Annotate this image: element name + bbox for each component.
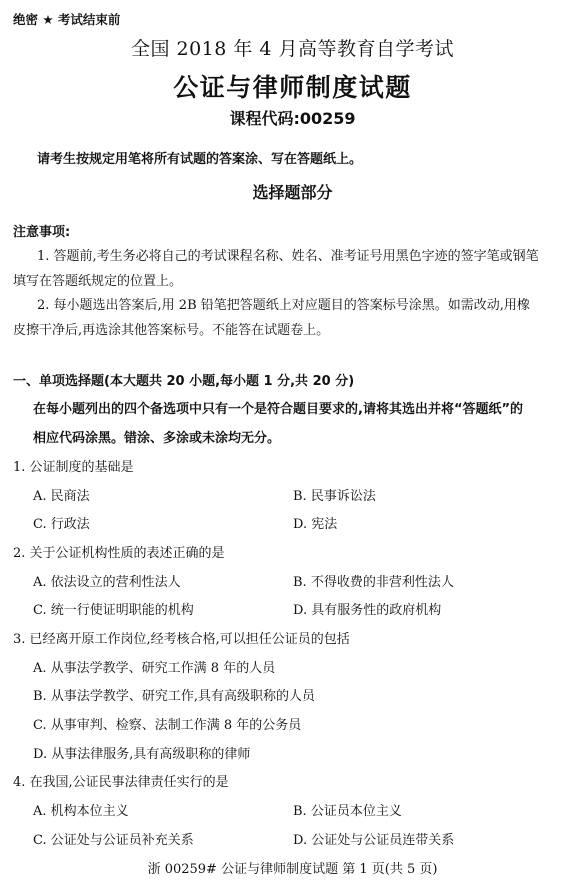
note-1-line-2: 填写在答题纸规定的位置上。 — [13, 270, 182, 289]
option-a: A. 民商法 — [33, 485, 90, 504]
exam-title: 全国 2018 年 4 月高等教育自学考试 — [0, 34, 585, 61]
option-b: B. 民事诉讼法 — [293, 485, 376, 504]
option-c: C. 公证处与公证员补充关系 — [33, 829, 194, 848]
course-code: 课程代码:00259 — [0, 106, 585, 129]
option-c: C. 从事审判、检察、法制工作满 8 年的公务员 — [33, 714, 301, 733]
option-c: C. 行政法 — [33, 513, 90, 532]
section-heading: 一、单项选择题(本大题共 20 小题,每小题 1 分,共 20 分) — [13, 370, 354, 389]
option-a: A. 依法设立的营利性法人 — [33, 571, 181, 590]
option-a: A. 从事法学教学、研究工作满 8 年的人员 — [33, 657, 275, 676]
option-b: B. 公证员本位主义 — [293, 800, 402, 819]
question-stem: 1. 公证制度的基础是 — [13, 456, 134, 475]
option-d: D. 公证处与公证员连带关系 — [293, 829, 454, 848]
question-stem: 3. 已经离开原工作岗位,经考核合格,可以担任公证员的包括 — [13, 628, 350, 647]
note-2-line-1: 2. 每小题选出答案后,用 2B 铅笔把答题纸上对应题目的答案标号涂黑。如需改动… — [37, 294, 530, 313]
question-stem: 2. 关于公证机构性质的表述正确的是 — [13, 542, 225, 561]
option-a: A. 机构本位主义 — [33, 800, 129, 819]
note-1-line-1: 1. 答题前,考生务必将自己的考试课程名称、姓名、准考证号用黑色字迹的签字笔或钢… — [37, 245, 539, 264]
section-part-title: 选择题部分 — [0, 180, 585, 203]
subject-title: 公证与律师制度试题 — [0, 68, 585, 104]
option-d: D. 从事法律服务,具有高级职称的律师 — [33, 743, 250, 762]
option-b: B. 从事法学教学、研究工作,具有高级职称的人员 — [33, 685, 315, 704]
option-d: D. 具有服务性的政府机构 — [293, 599, 441, 618]
instruction: 请考生按规定用笔将所有试题的答案涂、写在答题纸上。 — [37, 148, 362, 167]
option-c: C. 统一行使证明职能的机构 — [33, 599, 194, 618]
secret-mark: 绝密 ★ 考试结束前 — [13, 10, 120, 28]
section-desc-line-2: 相应代码涂黑。错涂、多涂或未涂均无分。 — [33, 427, 280, 446]
page-footer: 浙 00259# 公证与律师制度试题 第 1 页(共 5 页) — [0, 858, 585, 877]
note-2-line-2: 皮擦干净后,再选涂其他答案标号。不能答在试题卷上。 — [13, 319, 329, 338]
option-d: D. 宪法 — [293, 513, 337, 532]
notes-label: 注意事项: — [13, 221, 70, 240]
section-desc-line-1: 在每小题列出的四个备选项中只有一个是符合题目要求的,请将其选出并将“答题纸”的 — [33, 398, 523, 417]
option-b: B. 不得收费的非营利性法人 — [293, 571, 454, 590]
question-stem: 4. 在我国,公证民事法律责任实行的是 — [13, 771, 229, 790]
